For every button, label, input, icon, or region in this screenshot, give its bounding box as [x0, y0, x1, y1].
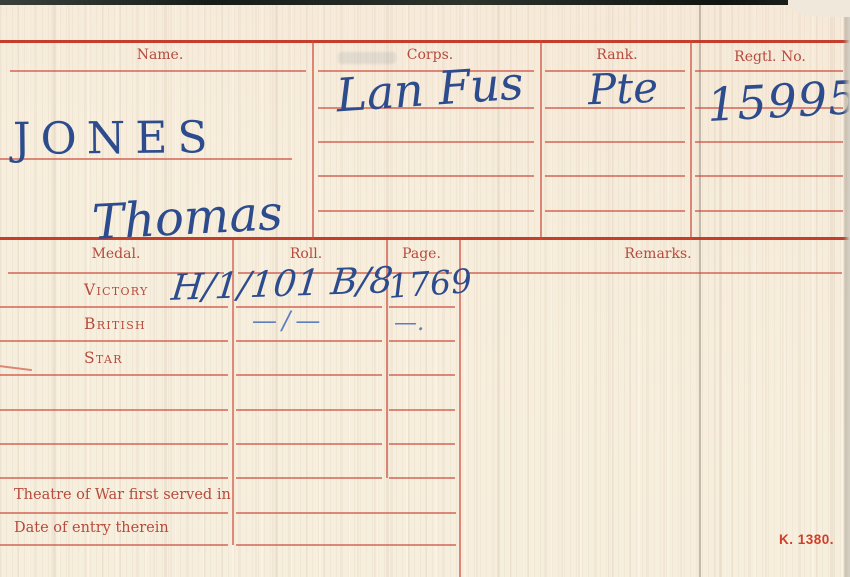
- rule-row: [389, 340, 455, 342]
- rule-row: [389, 374, 455, 376]
- form-reference: K. 1380.: [779, 532, 834, 547]
- remarks-column-header: Remarks.: [588, 246, 728, 262]
- rule-row: [0, 374, 228, 376]
- date-of-entry-label: Date of entry therein: [14, 520, 169, 536]
- rule-row: [545, 175, 685, 177]
- roll-value: H/1/101 B/8: [169, 260, 394, 309]
- rule-row: [389, 443, 455, 445]
- regtl-no-value: 15995: [706, 70, 850, 132]
- rule-row: [0, 443, 228, 445]
- rule-row: [0, 340, 228, 342]
- rule-row: [236, 512, 456, 514]
- forename-value: Thomas: [91, 185, 284, 251]
- divider-rank-regtl: [690, 40, 692, 240]
- roll-column-header: Roll.: [246, 246, 366, 262]
- rule-row: [0, 512, 228, 514]
- rank-value: Pte: [587, 63, 659, 114]
- divider-corps-rank: [540, 40, 542, 240]
- roll-ditto-mark: —/—: [252, 306, 325, 335]
- rule-top-border: [0, 40, 850, 43]
- rule-row: [0, 409, 228, 411]
- rule-row: [318, 210, 534, 212]
- rule-row: [389, 477, 455, 479]
- torn-paper-corner: [788, 0, 850, 17]
- surname-value: JONES: [13, 112, 218, 165]
- page-column-header: Page.: [386, 246, 457, 262]
- rule-remarks-underline: [466, 272, 842, 274]
- rule-row: [695, 210, 843, 212]
- rule-row: [236, 477, 382, 479]
- rule-row: [236, 544, 456, 546]
- rule-row: [389, 306, 455, 308]
- page-value: 1769: [387, 261, 474, 306]
- rank-column-header: Rank.: [562, 47, 672, 63]
- rule-row: [0, 544, 228, 546]
- rule-row: [545, 141, 685, 143]
- rule-row: [389, 409, 455, 411]
- rule-row: [695, 141, 843, 143]
- regtl-no-column-header: Regtl. No.: [705, 49, 835, 65]
- ink-squiggle: [0, 365, 32, 371]
- rule-name-underline: [10, 70, 306, 72]
- rule-row: [236, 409, 382, 411]
- rule-row: [318, 141, 534, 143]
- rule-row: [236, 340, 382, 342]
- medal-row-star: Star: [84, 349, 123, 367]
- rule-row: [236, 443, 382, 445]
- theatre-of-war-label: Theatre of War first served in: [14, 487, 231, 503]
- divider-name-corps: [312, 40, 314, 240]
- corps-value: Lan Fus: [334, 56, 525, 123]
- rule-row: [236, 374, 382, 376]
- card-right-edge: [843, 0, 850, 577]
- medal-row-british: British: [84, 315, 146, 333]
- scan-fold-line: [699, 0, 701, 577]
- rule-row: [545, 210, 685, 212]
- rule-row: [695, 175, 843, 177]
- medal-row-victory: Victory: [84, 281, 149, 299]
- name-column-header: Name.: [60, 47, 260, 63]
- rule-row: [0, 477, 228, 479]
- medal-index-card: Name. Corps. Rank. Regtl. No. Medal. Rol…: [0, 0, 850, 577]
- scan-edge-top: [0, 0, 850, 5]
- page-ditto-mark: —.: [394, 310, 424, 336]
- rule-row: [318, 175, 534, 177]
